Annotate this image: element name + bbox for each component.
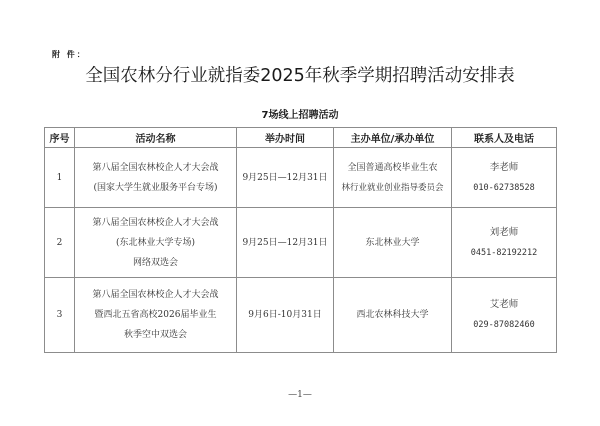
contact-phone: 0451-82192212 [452,243,556,263]
contact: 艾老师 029-87082460 [452,278,557,353]
organizer-line: 东北林业大学 [334,233,451,253]
header-contact: 联系人及电话 [452,128,557,148]
activity-name: 第八届全国农林校企人才大会战 (国家大学生就业服务平台专场) [75,148,237,208]
activity-name-line: 暨西北五省高校2026届毕业生 [75,305,236,325]
table-row: 1 第八届全国农林校企人才大会战 (国家大学生就业服务平台专场) 9月25日—1… [45,148,557,208]
header-organizer: 主办单位/承办单位 [334,128,452,148]
row-no: 2 [45,208,75,278]
contact: 李老师 010-62738528 [452,148,557,208]
activity-name-line: 第八届全国农林校企人才大会战 [75,158,236,178]
activity-name-line: 第八届全国农林校企人才大会战 [75,213,236,233]
schedule-table: 序号 活动名称 举办时间 主办单位/承办单位 联系人及电话 1 第八届全国农林校… [44,127,557,353]
organizer: 全国普通高校毕业生农 林行业就业创业指导委员会 [334,148,452,208]
section-subtitle: 7场线上招聘活动 [0,106,600,121]
contact-phone: 029-87082460 [452,315,556,335]
table-row: 2 第八届全国农林校企人才大会战 (东北林业大学专场) 网络双选会 9月25日—… [45,208,557,278]
contact: 刘老师 0451-82192212 [452,208,557,278]
header-no: 序号 [45,128,75,148]
activity-name-line: (东北林业大学专场) [75,233,236,253]
organizer-line: 全国普通高校毕业生农 [334,158,451,178]
activity-name: 第八届全国农林校企人才大会战 暨西北五省高校2026届毕业生 秋季空中双选会 [75,278,237,353]
activity-name: 第八届全国农林校企人才大会战 (东北林业大学专场) 网络双选会 [75,208,237,278]
header-activity-name: 活动名称 [75,128,237,148]
document-title: 全国农林分行业就指委2025年秋季学期招聘活动安排表 [0,62,600,87]
contact-phone: 010-62738528 [452,178,556,198]
contact-name: 刘老师 [452,223,556,243]
activity-name-line: (国家大学生就业服务平台专场) [75,178,236,198]
activity-time: 9月25日—12月31日 [237,148,334,208]
organizer: 东北林业大学 [334,208,452,278]
activity-time: 9月6日-10月31日 [237,278,334,353]
contact-name: 李老师 [452,158,556,178]
contact-name: 艾老师 [452,295,556,315]
activity-name-line: 网络双选会 [75,253,236,273]
activity-name-line: 秋季空中双选会 [75,325,236,345]
activity-name-line: 第八届全国农林校企人才大会战 [75,285,236,305]
table-row: 3 第八届全国农林校企人才大会战 暨西北五省高校2026届毕业生 秋季空中双选会… [45,278,557,353]
activity-time: 9月25日—12月31日 [237,208,334,278]
attachment-label: 附 件： [52,49,87,60]
row-no: 1 [45,148,75,208]
organizer-line: 林行业就业创业指导委员会 [334,178,451,198]
table-header-row: 序号 活动名称 举办时间 主办单位/承办单位 联系人及电话 [45,128,557,148]
organizer-line: 西北农林科技大学 [334,305,451,325]
organizer: 西北农林科技大学 [334,278,452,353]
row-no: 3 [45,278,75,353]
page-number: —1— [0,390,600,400]
header-time: 举办时间 [237,128,334,148]
